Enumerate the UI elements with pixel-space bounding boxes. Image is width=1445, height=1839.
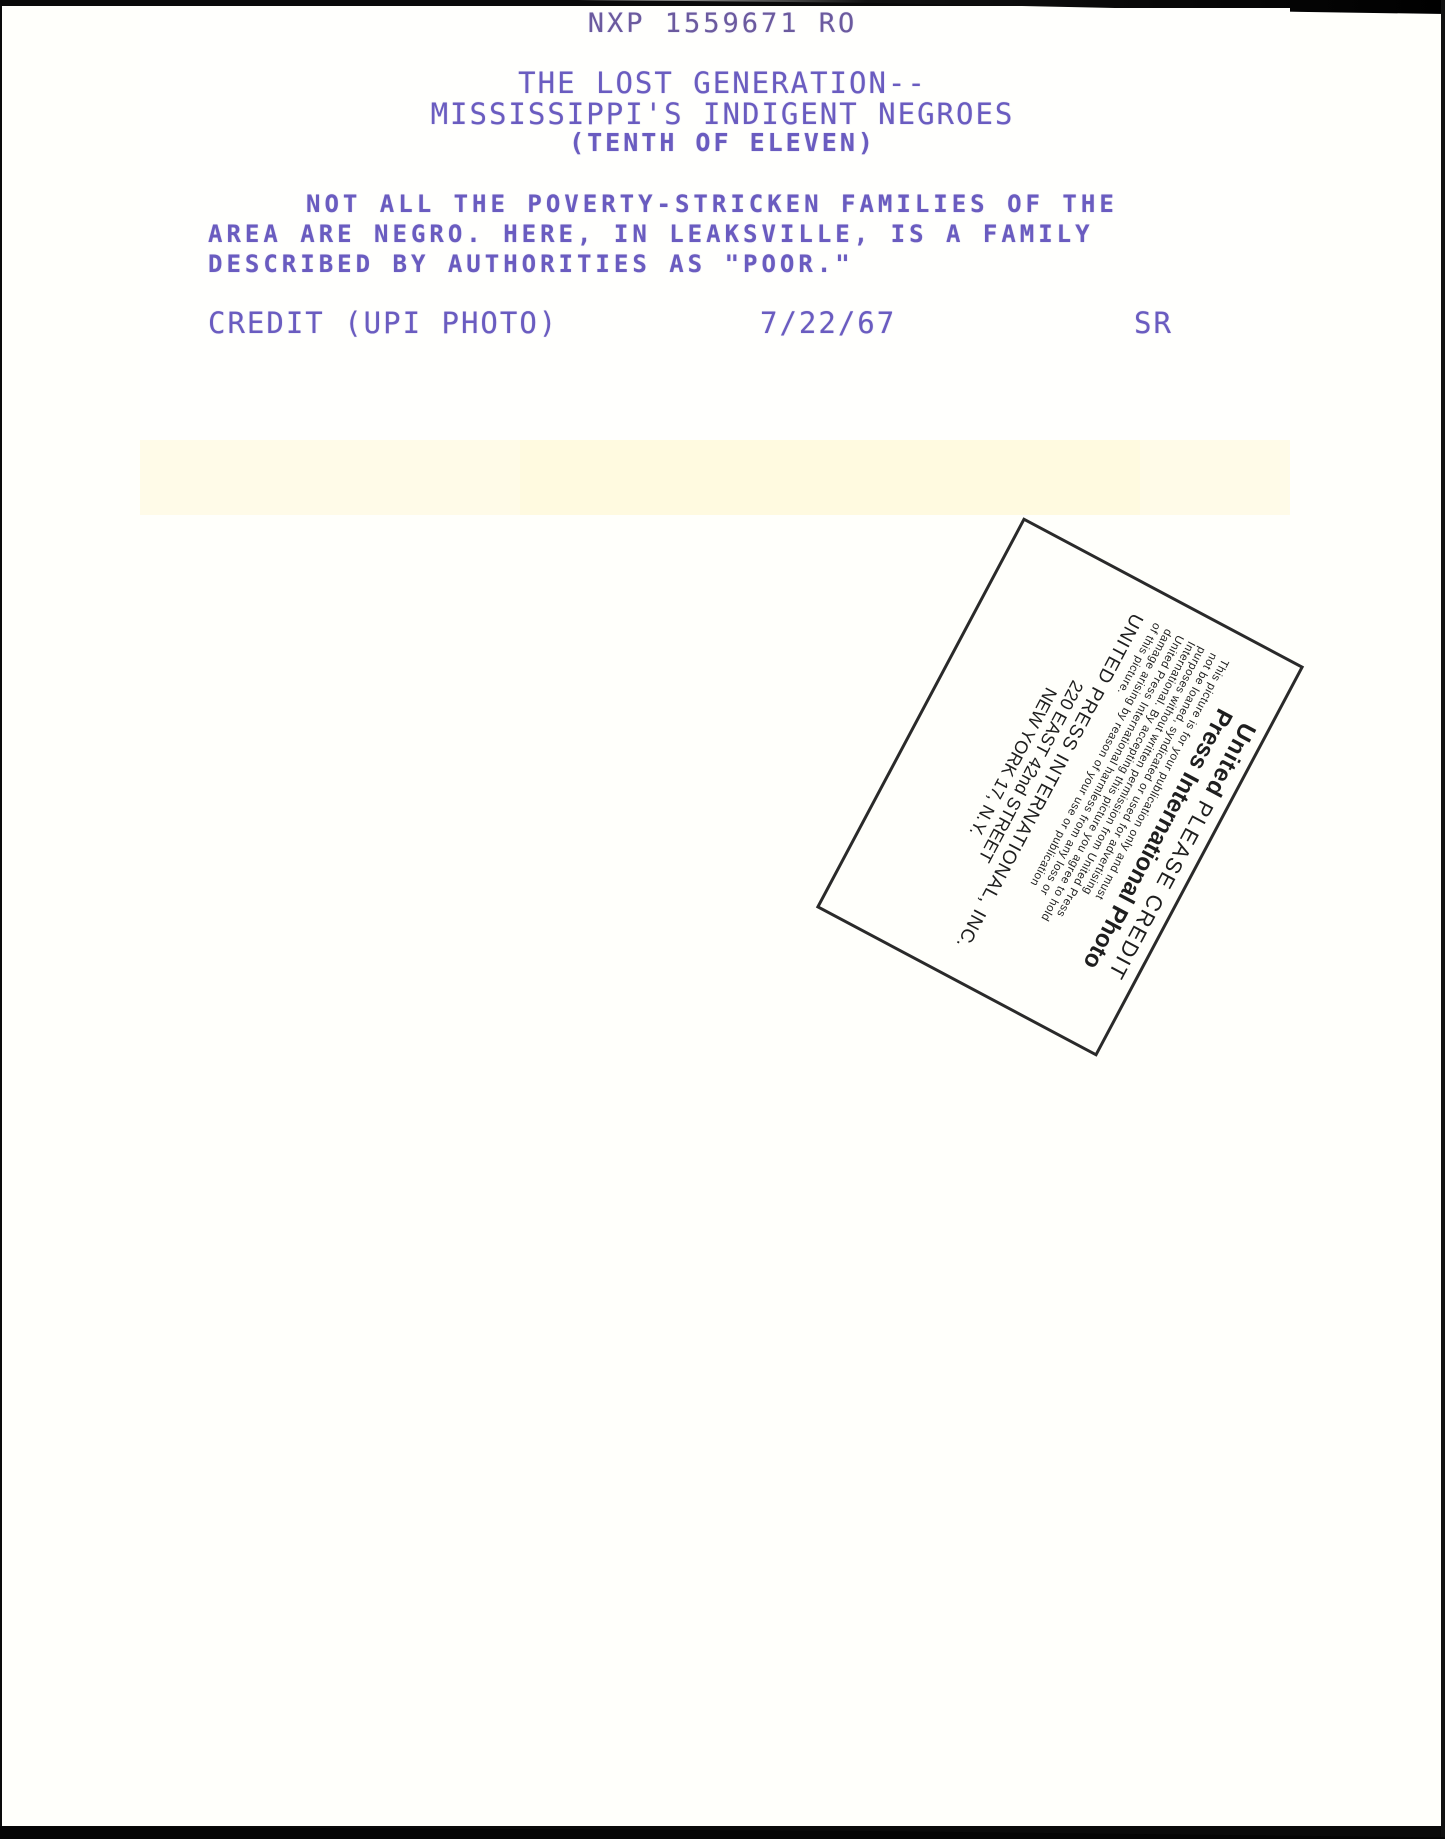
editor-initials: SR <box>1134 306 1173 340</box>
photo-credit: CREDIT (UPI PHOTO) <box>208 306 558 340</box>
caption-line-3: DESCRIBED BY AUTHORITIES AS "POOR." <box>208 250 854 278</box>
reference-number: NXP 1559671 RO <box>0 8 1445 39</box>
headline-line-1: THE LOST GENERATION-- <box>0 66 1445 100</box>
photo-date: 7/22/67 <box>760 306 896 340</box>
caption-line-1: NOT ALL THE POVERTY-STRICKEN FAMILIES OF… <box>306 190 1118 218</box>
scan-edge-right <box>1441 0 1445 1839</box>
headline-line-2: MISSISSIPPI'S INDIGENT NEGROES <box>0 97 1445 131</box>
caption-line-2: AREA ARE NEGRO. HERE, IN LEAKSVILLE, IS … <box>208 220 1094 248</box>
caption-slip-glue-strip <box>140 440 1290 515</box>
headline-line-3: (TENTH OF ELEVEN) <box>0 128 1445 157</box>
